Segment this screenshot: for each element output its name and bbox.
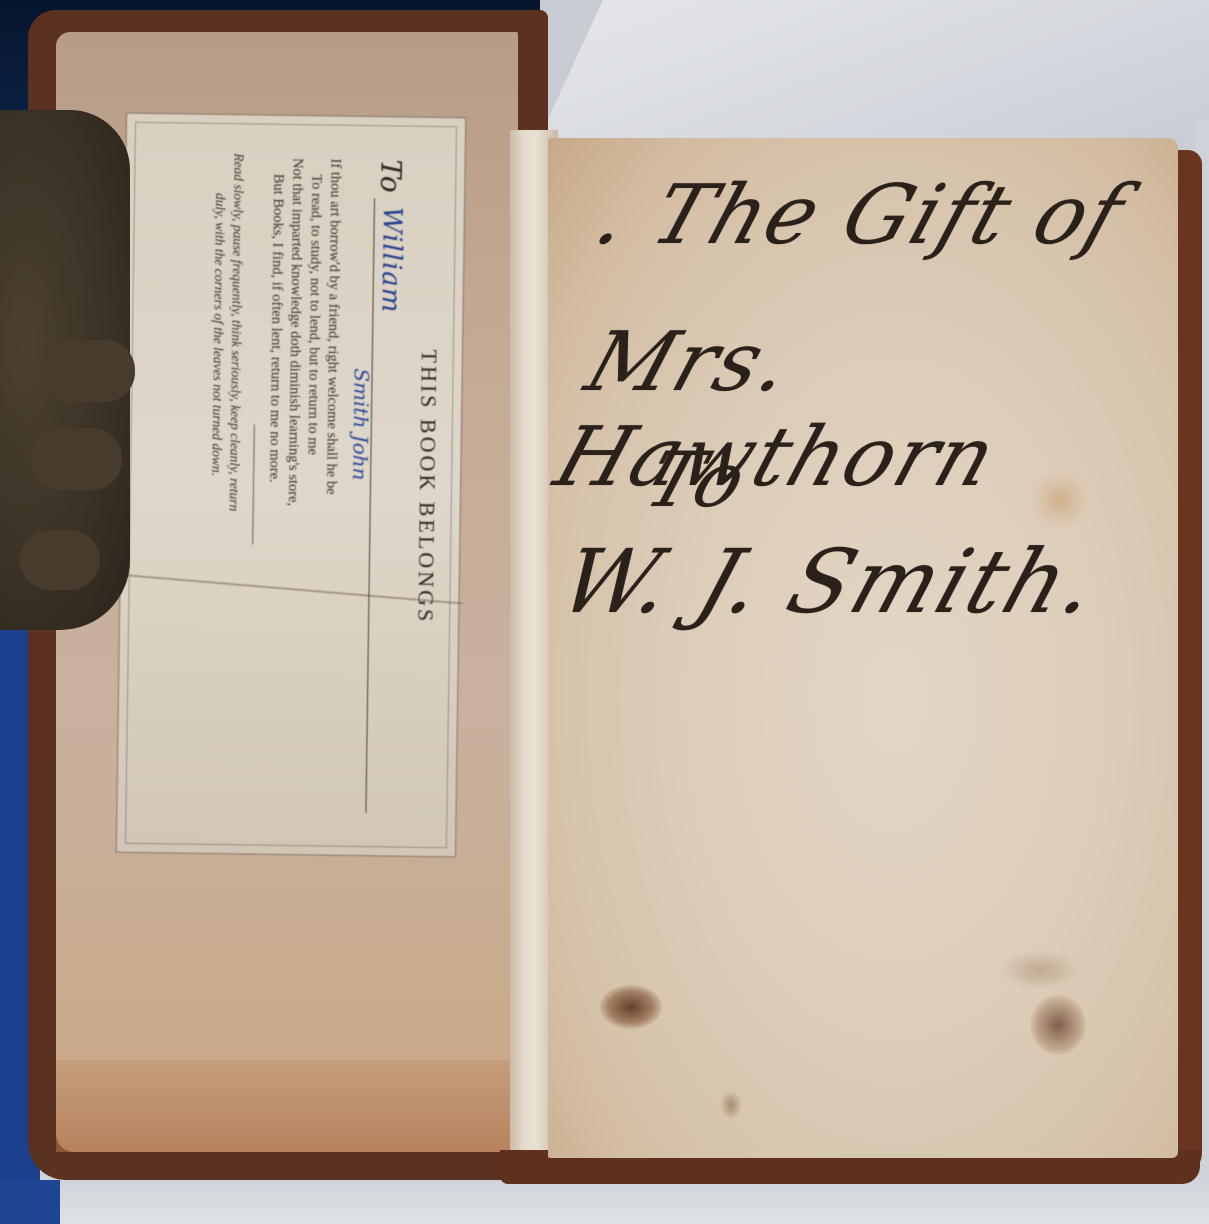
stain-mark: [720, 1090, 742, 1120]
glove-finger: [30, 428, 122, 490]
background-white-surface: [470, 0, 1209, 160]
gloved-hand: [0, 110, 130, 630]
bookplate: THIS BOOK BELONGS To William Smith John …: [116, 113, 466, 858]
endpaper-stain-band: [56, 1060, 518, 1152]
bookplate-owner-surname: Smith John: [348, 368, 374, 480]
inscription-line-giver: Mrs. Hawthorn: [544, 315, 1209, 505]
bookplate-owner-name: William: [375, 207, 406, 314]
blue-cloth-corner: [0, 1180, 60, 1224]
stain-mark: [1000, 950, 1080, 990]
glove-finger: [20, 530, 100, 590]
glove-finger: [40, 340, 135, 402]
inscription-line-recipient: W. J. Smith.: [548, 530, 1113, 633]
stain-mark: [1030, 995, 1086, 1055]
stain-mark: [600, 985, 662, 1029]
bookplate-container: THIS BOOK BELONGS To William Smith John …: [112, 100, 470, 870]
inscription-line-gift: . The Gift of: [585, 168, 1137, 263]
